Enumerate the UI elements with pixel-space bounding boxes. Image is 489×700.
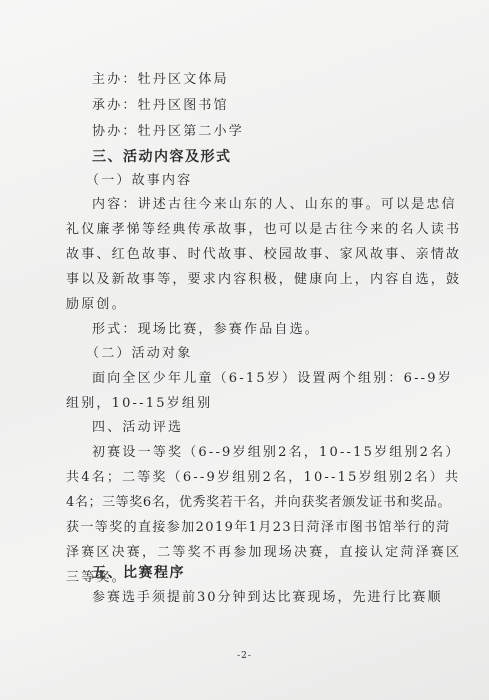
paragraph-line: 内容：讲述古往今来山东的人、山东的事。可以是忠信	[92, 197, 457, 213]
paragraph-line: 泽赛区决赛，二等奖不再参加现场决赛，直接认定菏泽赛区	[66, 545, 461, 561]
paragraph-line: 事以及新故事等，要求内容积极，健康向上，内容自选，鼓	[66, 272, 461, 288]
paragraph-line: 面向全区少年儿童（6-15岁）设置两个组别：6--9岁	[92, 371, 453, 387]
section4-heading: 四、活动评选	[92, 420, 183, 436]
paragraph-line: 初赛设一等奖（6--9岁组别2名，10--15岁组别2名）	[92, 445, 461, 461]
document-page: 主办：牡丹区文体局 承办：牡丹区图书馆 协办：牡丹区第二小学 三、活动内容及形式…	[0, 0, 489, 700]
page-number: -2-	[0, 651, 489, 661]
paragraph-line: 励原创。	[66, 297, 127, 313]
section3-heading: 三、活动内容及形式	[92, 149, 232, 165]
paragraph-line: 共4名；二等奖（6--9岁组别2名，10--15岁组别2名）共	[66, 470, 460, 486]
host-line: 主办：牡丹区文体局	[92, 72, 229, 88]
paragraph-line: 组别，10--15岁组别	[66, 396, 212, 412]
form-line: 形式：现场比赛，参赛作品自选。	[92, 322, 320, 338]
section5-title: 五、比赛程序	[92, 565, 185, 581]
paragraph-line: 获一等奖的直接参加2019年1月23日菏泽市图书馆举行的菏	[66, 520, 451, 536]
sub1-heading: （一）故事内容	[86, 173, 192, 189]
co-organizer-line: 协办：牡丹区第二小学	[92, 124, 244, 140]
paragraph-line: 参赛选手须提前30分钟到达比赛现场，先进行比赛顺	[92, 590, 443, 606]
paragraph-line: 故事、红色故事、时代故事、校园故事、家风故事、亲情故	[66, 247, 461, 263]
organizer-line: 承办：牡丹区图书馆	[92, 98, 229, 114]
sub2-heading: （二）活动对象	[86, 346, 192, 362]
paragraph-line: 礼仪廉孝悌等经典传承故事，也可以是古往今来的名人读书	[66, 222, 461, 238]
paragraph-line: 4名；三等奖6名，优秀奖若干名，并向获奖者颁发证书和奖品。	[66, 495, 451, 511]
